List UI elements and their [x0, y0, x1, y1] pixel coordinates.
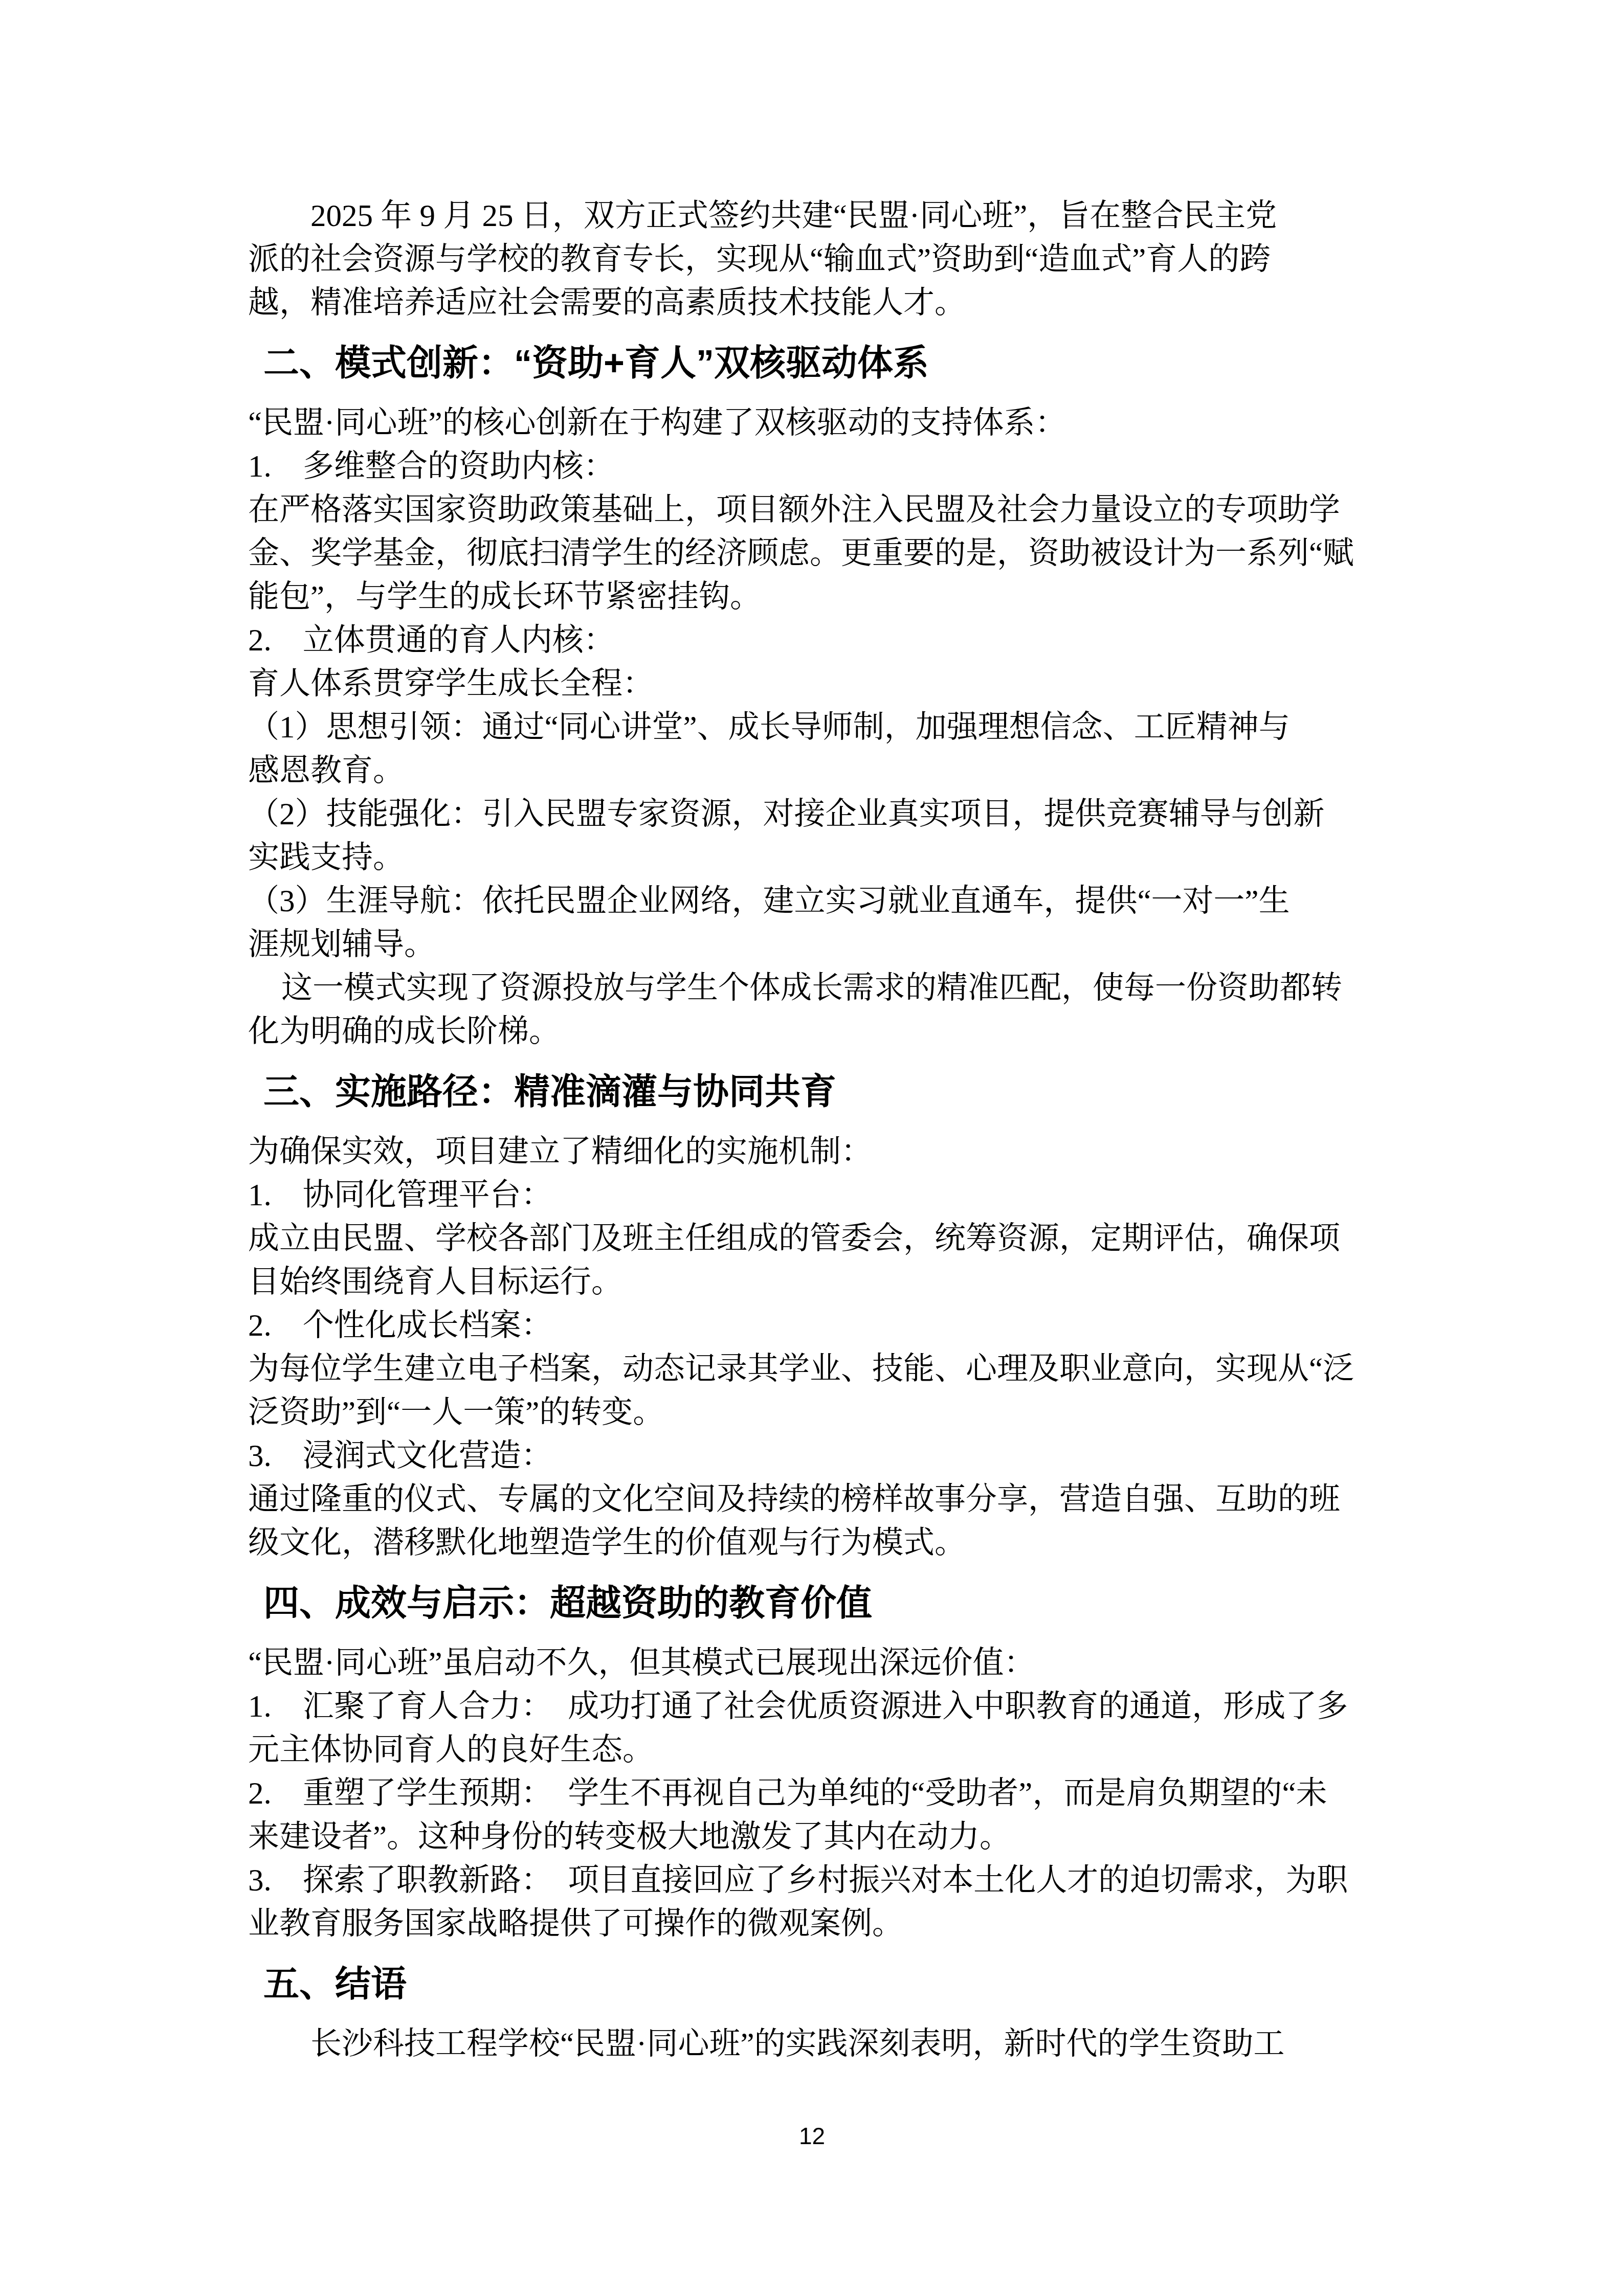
paragraph-line: 涯规划辅导。	[248, 923, 1381, 966]
paragraph: 2. 立体贯通的育人内核：	[248, 619, 1381, 662]
paragraph-line: 目始终围绕育人目标运行。	[248, 1260, 1381, 1304]
section-heading: 四、成效与启示：超越资助的教育价值	[248, 1577, 1381, 1629]
page-number: 12	[0, 2122, 1624, 2150]
section-heading: 二、模式创新：“资助+育人”双核驱动体系	[248, 337, 1381, 389]
paragraph-line: 2. 立体贯通的育人内核：	[248, 619, 1381, 662]
paragraph-line: 为确保实效，项目建立了精细化的实施机制：	[248, 1130, 1381, 1174]
paragraph-line: 化为明确的成长阶梯。	[248, 1010, 1381, 1053]
paragraph: 3. 浸润式文化营造：	[248, 1434, 1381, 1478]
paragraph-line: （3）生涯导航：依托民盟企业网络，建立实习就业直通车，提供“一对一”生	[248, 880, 1381, 923]
paragraph: “民盟·同心班”的核心创新在于构建了双核驱动的支持体系：	[248, 401, 1381, 445]
paragraph-line: 1. 汇聚了育人合力： 成功打通了社会优质资源进入中职教育的通道，形成了多	[248, 1685, 1381, 1728]
document-content: 2025 年 9 月 25 日，双方正式签约共建“民盟·同心班”，旨在整合民主党…	[248, 194, 1381, 2066]
paragraph-line: 通过隆重的仪式、专属的文化空间及持续的榜样故事分享，营造自强、互助的班	[248, 1478, 1381, 1521]
paragraph-line: 在严格落实国家资助政策基础上，项目额外注入民盟及社会力量设立的专项助学	[248, 488, 1381, 532]
paragraph-line: （1）思想引领：通过“同心讲堂”、成长导师制，加强理想信念、工匠精神与	[248, 706, 1381, 749]
paragraph: 为每位学生建立电子档案，动态记录其学业、技能、心理及职业意向，实现从“泛泛资助”…	[248, 1347, 1381, 1434]
paragraph-line: 3. 浸润式文化营造：	[248, 1434, 1381, 1478]
paragraph-line: 派的社会资源与学校的教育专长，实现从“输血式”资助到“造血式”育人的跨	[248, 238, 1381, 281]
section-heading: 五、结语	[248, 1958, 1381, 2010]
paragraph: 通过隆重的仪式、专属的文化空间及持续的榜样故事分享，营造自强、互助的班级文化，潜…	[248, 1478, 1381, 1565]
paragraph: 2025 年 9 月 25 日，双方正式签约共建“民盟·同心班”，旨在整合民主党…	[248, 194, 1381, 325]
document-page: 2025 年 9 月 25 日，双方正式签约共建“民盟·同心班”，旨在整合民主党…	[0, 0, 1624, 2296]
paragraph: （1）思想引领：通过“同心讲堂”、成长导师制，加强理想信念、工匠精神与感恩教育。	[248, 706, 1381, 793]
paragraph-line: 成立由民盟、学校各部门及班主任组成的管委会，统筹资源，定期评估，确保项	[248, 1217, 1381, 1260]
paragraph: 为确保实效，项目建立了精细化的实施机制：	[248, 1130, 1381, 1174]
paragraph-line: 越，精准培养适应社会需要的高素质技术技能人才。	[248, 281, 1381, 325]
paragraph: 育人体系贯穿学生成长全程：	[248, 662, 1381, 706]
paragraph-line: 级文化，潜移默化地塑造学生的价值观与行为模式。	[248, 1521, 1381, 1565]
paragraph: “民盟·同心班”虽启动不久，但其模式已展现出深远价值：	[248, 1641, 1381, 1685]
heading-text: 四、成效与启示：超越资助的教育价值	[248, 1577, 1381, 1629]
paragraph: 这一模式实现了资源投放与学生个体成长需求的精准匹配，使每一份资助都转化为明确的成…	[248, 966, 1381, 1053]
paragraph-line: 泛资助”到“一人一策”的转变。	[248, 1391, 1381, 1434]
paragraph-line: 长沙科技工程学校“民盟·同心班”的实践深刻表明，新时代的学生资助工	[248, 2022, 1381, 2066]
paragraph: 1. 多维整合的资助内核：	[248, 445, 1381, 488]
paragraph-line: 感恩教育。	[248, 749, 1381, 793]
paragraph-line: 2025 年 9 月 25 日，双方正式签约共建“民盟·同心班”，旨在整合民主党	[248, 194, 1381, 238]
paragraph-line: 这一模式实现了资源投放与学生个体成长需求的精准匹配，使每一份资助都转	[248, 966, 1381, 1010]
paragraph-line: （2）技能强化：引入民盟专家资源，对接企业真实项目，提供竞赛辅导与创新	[248, 793, 1381, 836]
paragraph-line: 金、奖学基金，彻底扫清学生的经济顾虑。更重要的是，资助被设计为一系列“赋	[248, 532, 1381, 575]
paragraph-line: 2. 重塑了学生预期： 学生不再视自己为单纯的“受助者”，而是肩负期望的“未	[248, 1772, 1381, 1815]
paragraph-line: 实践支持。	[248, 836, 1381, 880]
paragraph: （3）生涯导航：依托民盟企业网络，建立实习就业直通车，提供“一对一”生涯规划辅导…	[248, 880, 1381, 966]
paragraph: 2. 重塑了学生预期： 学生不再视自己为单纯的“受助者”，而是肩负期望的“未来建…	[248, 1772, 1381, 1859]
paragraph-line: 育人体系贯穿学生成长全程：	[248, 662, 1381, 706]
paragraph-line: 3. 探索了职教新路： 项目直接回应了乡村振兴对本土化人才的迫切需求，为职	[248, 1859, 1381, 1902]
paragraph-line: 1. 协同化管理平台：	[248, 1174, 1381, 1217]
paragraph-line: 元主体协同育人的良好生态。	[248, 1728, 1381, 1772]
paragraph-line: 来建设者”。这种身份的转变极大地激发了其内在动力。	[248, 1815, 1381, 1859]
paragraph: （2）技能强化：引入民盟专家资源，对接企业真实项目，提供竞赛辅导与创新实践支持。	[248, 793, 1381, 880]
paragraph: 2. 个性化成长档案：	[248, 1304, 1381, 1347]
heading-text: 三、实施路径：精准滴灌与协同共育	[248, 1066, 1381, 1118]
heading-text: 二、模式创新：“资助+育人”双核驱动体系	[248, 337, 1381, 389]
paragraph-line: “民盟·同心班”的核心创新在于构建了双核驱动的支持体系：	[248, 401, 1381, 445]
paragraph: 在严格落实国家资助政策基础上，项目额外注入民盟及社会力量设立的专项助学金、奖学基…	[248, 488, 1381, 619]
paragraph: 成立由民盟、学校各部门及班主任组成的管委会，统筹资源，定期评估，确保项目始终围绕…	[248, 1217, 1381, 1304]
paragraph: 1. 协同化管理平台：	[248, 1174, 1381, 1217]
paragraph-line: 2. 个性化成长档案：	[248, 1304, 1381, 1347]
paragraph-line: 为每位学生建立电子档案，动态记录其学业、技能、心理及职业意向，实现从“泛	[248, 1347, 1381, 1391]
paragraph-line: 能包”，与学生的成长环节紧密挂钩。	[248, 575, 1381, 619]
paragraph-line: “民盟·同心班”虽启动不久，但其模式已展现出深远价值：	[248, 1641, 1381, 1685]
paragraph: 长沙科技工程学校“民盟·同心班”的实践深刻表明，新时代的学生资助工	[248, 2022, 1381, 2066]
section-heading: 三、实施路径：精准滴灌与协同共育	[248, 1066, 1381, 1118]
paragraph-line: 业教育服务国家战略提供了可操作的微观案例。	[248, 1902, 1381, 1946]
paragraph: 1. 汇聚了育人合力： 成功打通了社会优质资源进入中职教育的通道，形成了多元主体…	[248, 1685, 1381, 1772]
paragraph: 3. 探索了职教新路： 项目直接回应了乡村振兴对本土化人才的迫切需求，为职业教育…	[248, 1859, 1381, 1946]
heading-text: 五、结语	[248, 1958, 1381, 2010]
paragraph-line: 1. 多维整合的资助内核：	[248, 445, 1381, 488]
